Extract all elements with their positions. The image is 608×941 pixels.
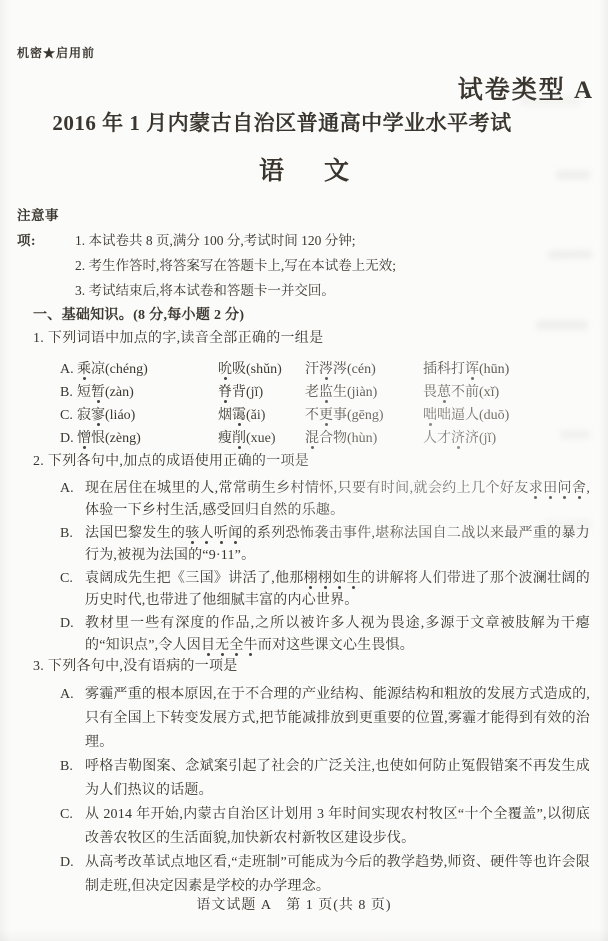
bleed-through-artifact <box>556 170 590 180</box>
option-letter: B. <box>60 755 85 803</box>
emphasized-char: 更 <box>319 408 333 423</box>
option-text: 雾霾严重的根本原因,在于不合理的产业结构、能源结构和粗放的发展方式造成的,只有全… <box>85 683 590 755</box>
option-item: B.法国巴黎发生的骇人听闻的系列恐怖袭击事件,堪称法国自二战以来最严重的暴力行为… <box>33 523 590 568</box>
emphasized-char: 目 <box>201 638 215 653</box>
question-1: 1. 下列词语中加点的字,读音全部正确的一组是 A.乘凉(chéng)吮吸(sh… <box>33 329 592 450</box>
word-with-pinyin: 不更事(gēng) <box>305 404 423 427</box>
bleed-through-artifact <box>536 320 588 330</box>
option-item: A.雾霾严重的根本原因,在于不合理的产业结构、能源结构和粗放的发展方式造成的,只… <box>33 683 590 755</box>
question-2: 2. 下列各句中,加点的成语使用正确的一项是 A.现在居住在城里的人,常常萌生乡… <box>33 451 590 658</box>
exam-notes: 注意事项:1. 本试卷共 8 页,满分 100 分,考试时间 120 分钟; 2… <box>17 203 537 303</box>
options-list: A.雾霾严重的根本原因,在于不合理的产业结构、能源结构和粗放的发展方式造成的,只… <box>33 683 590 899</box>
option-item: A.现在居住在城里的人,常常萌生乡村情怀,只要有时间,就会约上几个好友求田问舍,… <box>33 478 590 523</box>
subject-char: 文 <box>324 151 349 187</box>
emphasized-char: 人 <box>200 526 214 541</box>
option-text: 呼格吉勒图案、念斌案引起了社会的广泛关注,也使如何防止冤假错案不再发生成为人们热… <box>85 755 590 803</box>
option-letter: D. <box>60 613 85 658</box>
subject-title: 语文 <box>0 151 608 187</box>
emphasized-char: 栩 <box>304 571 318 586</box>
emphasized-char: 全 <box>229 638 243 653</box>
question-stem: 3. 下列各句中,没有语病的一项是 <box>33 655 590 679</box>
option-letter: B. <box>60 523 85 568</box>
option-item: C.从 2014 年开始,内蒙古自治区计划用 3 年时间实现农村牧区“十个全覆盖… <box>33 803 590 851</box>
bleed-through-artifact <box>548 250 592 260</box>
pinyin-option-row: B.短暂(zàn)脊背(jǐ)老监生(jiàn)畏葸不前(xǐ) <box>60 381 592 404</box>
emphasized-char: 问 <box>558 481 572 496</box>
question-stem: 1. 下列词语中加点的字,读音全部正确的一组是 <box>33 329 592 349</box>
emphasized-char: 混 <box>305 431 319 446</box>
emphasized-char: 无 <box>215 638 229 653</box>
option-text: 从 2014 年开始,内蒙古自治区计划用 3 年时间实现农村牧区“十个全覆盖”,… <box>85 803 590 851</box>
emphasized-char: 田 <box>543 481 557 496</box>
notes-item: 1. 本试卷共 8 页,满分 100 分,考试时间 120 分钟; <box>75 233 356 248</box>
emphasized-char: 骇 <box>185 526 199 541</box>
option-letter: C. <box>60 568 85 613</box>
word-with-pinyin: 咄咄逼人(duō) <box>423 404 592 427</box>
emphasized-char: 求 <box>529 481 543 496</box>
option-item: C.袁阔成先生把《三国》讲活了,他那栩栩如生的讲解将人们带进了那个波澜壮阔的历史… <box>33 568 590 613</box>
emphasized-char: 栩 <box>318 571 332 586</box>
notes-label: 注意事项: <box>17 203 75 253</box>
options-list: A.现在居住在城里的人,常常萌生乡村情怀,只要有时间,就会约上几个好友求田问舍,… <box>33 478 590 658</box>
question-stem: 2. 下列各句中,加点的成语使用正确的一项是 <box>33 451 590 474</box>
question-3: 3. 下列各句中,没有语病的一项是 A.雾霾严重的根本原因,在于不合理的产业结构… <box>33 655 590 899</box>
word-with-pinyin: 瘦削(xue) <box>218 427 305 450</box>
notes-item: 2. 考生作答时,将答案写在答题卡上,写在本试卷上无效; <box>75 253 537 278</box>
word-with-pinyin: 脊背(jǐ) <box>218 381 305 404</box>
emphasized-char: 憎 <box>77 431 91 446</box>
emphasized-char: 诨 <box>465 362 479 377</box>
word-with-pinyin: 憎恨(zèng) <box>77 427 218 450</box>
option-letter: A. <box>60 478 85 523</box>
confidential-label: 机密★启用前 <box>17 44 95 61</box>
option-text: 法国巴黎发生的骇人听闻的系列恐怖袭击事件,堪称法国自二战以来最严重的暴力行为,被… <box>85 523 590 568</box>
emphasized-char: 寥 <box>91 408 105 423</box>
word-with-pinyin: 老监生(jiàn) <box>305 381 423 404</box>
bleed-through-artifact <box>560 430 590 439</box>
pinyin-option-row: A.乘凉(chéng)吮吸(shǔn)汗涔涔(cén)插科打诨(hūn) <box>60 358 592 381</box>
emphasized-char: 吮 <box>218 362 232 377</box>
notes-line: 注意事项:1. 本试卷共 8 页,满分 100 分,考试时间 120 分钟; <box>17 203 537 253</box>
emphasized-char: 脊 <box>218 385 232 400</box>
bleed-through-artifact <box>520 96 580 106</box>
pinyin-option-row: C.寂寥(liáo)烟霭(ǎi)不更事(gēng)咄咄逼人(duō) <box>60 404 592 427</box>
section-heading: 一、基础知识。(8 分,每小题 2 分) <box>33 304 244 324</box>
option-text: 现在居住在城里的人,常常萌生乡村情怀,只要有时间,就会约上几个好友求田问舍,体验… <box>85 478 590 523</box>
option-letter: C. <box>60 803 85 851</box>
emphasized-char: 济 <box>451 431 465 446</box>
word-with-pinyin: 插科打诨(hūn) <box>423 358 592 381</box>
option-text: 从高考改革试点地区看,“走班制”可能成为今后的教学趋势,师资、硬件等也许会限制走… <box>85 851 590 899</box>
word-with-pinyin: 混合物(hùn) <box>305 427 423 450</box>
emphasized-char: 涔 <box>319 362 333 377</box>
word-with-pinyin: 寂寥(liáo) <box>77 404 218 427</box>
emphasized-char: 生 <box>347 571 361 586</box>
page-footer: 语文试题 A 第 1 页(共 8 页) <box>0 894 598 914</box>
option-text: 袁阔成先生把《三国》讲活了,他那栩栩如生的讲解将人们带进了那个波澜壮阔的历史时代… <box>85 568 590 613</box>
word-with-pinyin: 短暂(zàn) <box>77 381 218 404</box>
emphasized-char: 葸 <box>437 385 451 400</box>
emphasized-char: 舍 <box>572 481 586 496</box>
option-letter: B. <box>60 381 77 404</box>
word-with-pinyin: 畏葸不前(xǐ) <box>423 381 592 404</box>
subject-char: 语 <box>259 151 284 187</box>
option-letter: C. <box>60 404 77 427</box>
notes-item: 3. 考试结束后,将本试卷和答题卡一并交回。 <box>75 278 537 303</box>
bleed-through-artifact <box>545 520 591 530</box>
emphasized-char: 霭 <box>232 408 246 423</box>
option-text: 教材里一些有深度的作品,之所以被许多人视为畏途,多源于文章被肢解为干瘪的“知识点… <box>85 613 590 658</box>
word-with-pinyin: 乘凉(chéng) <box>77 358 218 381</box>
word-with-pinyin: 汗涔涔(cén) <box>305 358 423 381</box>
pinyin-options: A.乘凉(chéng)吮吸(shǔn)汗涔涔(cén)插科打诨(hūn)B.短暂… <box>33 358 592 450</box>
option-letter: A. <box>60 683 85 755</box>
emphasized-char: 乘 <box>77 362 91 377</box>
pinyin-option-row: D.憎恨(zèng)瘦削(xue)混合物(hùn)人才济济(jǐ) <box>60 427 592 450</box>
word-with-pinyin: 吮吸(shǔn) <box>218 358 305 381</box>
option-letter: D. <box>60 851 85 899</box>
emphasized-char: 监 <box>319 385 333 400</box>
exam-paper-page: 机密★启用前 试卷类型 A 2016 年 1 月内蒙古自治区普通高中学业水平考试… <box>0 0 608 941</box>
exam-title: 2016 年 1 月内蒙古自治区普通高中学业水平考试 <box>0 107 586 137</box>
emphasized-char: 听 <box>214 526 228 541</box>
option-item: D.从高考改革试点地区看,“走班制”可能成为今后的教学趋势,师资、硬件等也许会限… <box>33 851 590 899</box>
option-item: D.教材里一些有深度的作品,之所以被许多人视为畏途,多源于文章被肢解为干瘪的“知… <box>33 613 590 658</box>
option-letter: D. <box>60 427 77 450</box>
emphasized-char: 削 <box>232 431 246 446</box>
option-letter: A. <box>60 358 77 381</box>
emphasized-char: 牛 <box>244 638 258 653</box>
option-item: B.呼格吉勒图案、念斌案引起了社会的广泛关注,也使如何防止冤假错案不再发生成为人… <box>33 755 590 803</box>
emphasized-char: 暂 <box>91 385 105 400</box>
emphasized-char: 如 <box>332 571 346 586</box>
word-with-pinyin: 烟霭(ǎi) <box>218 404 305 427</box>
emphasized-char: 闻 <box>228 526 242 541</box>
emphasized-char: 咄 <box>423 408 437 423</box>
